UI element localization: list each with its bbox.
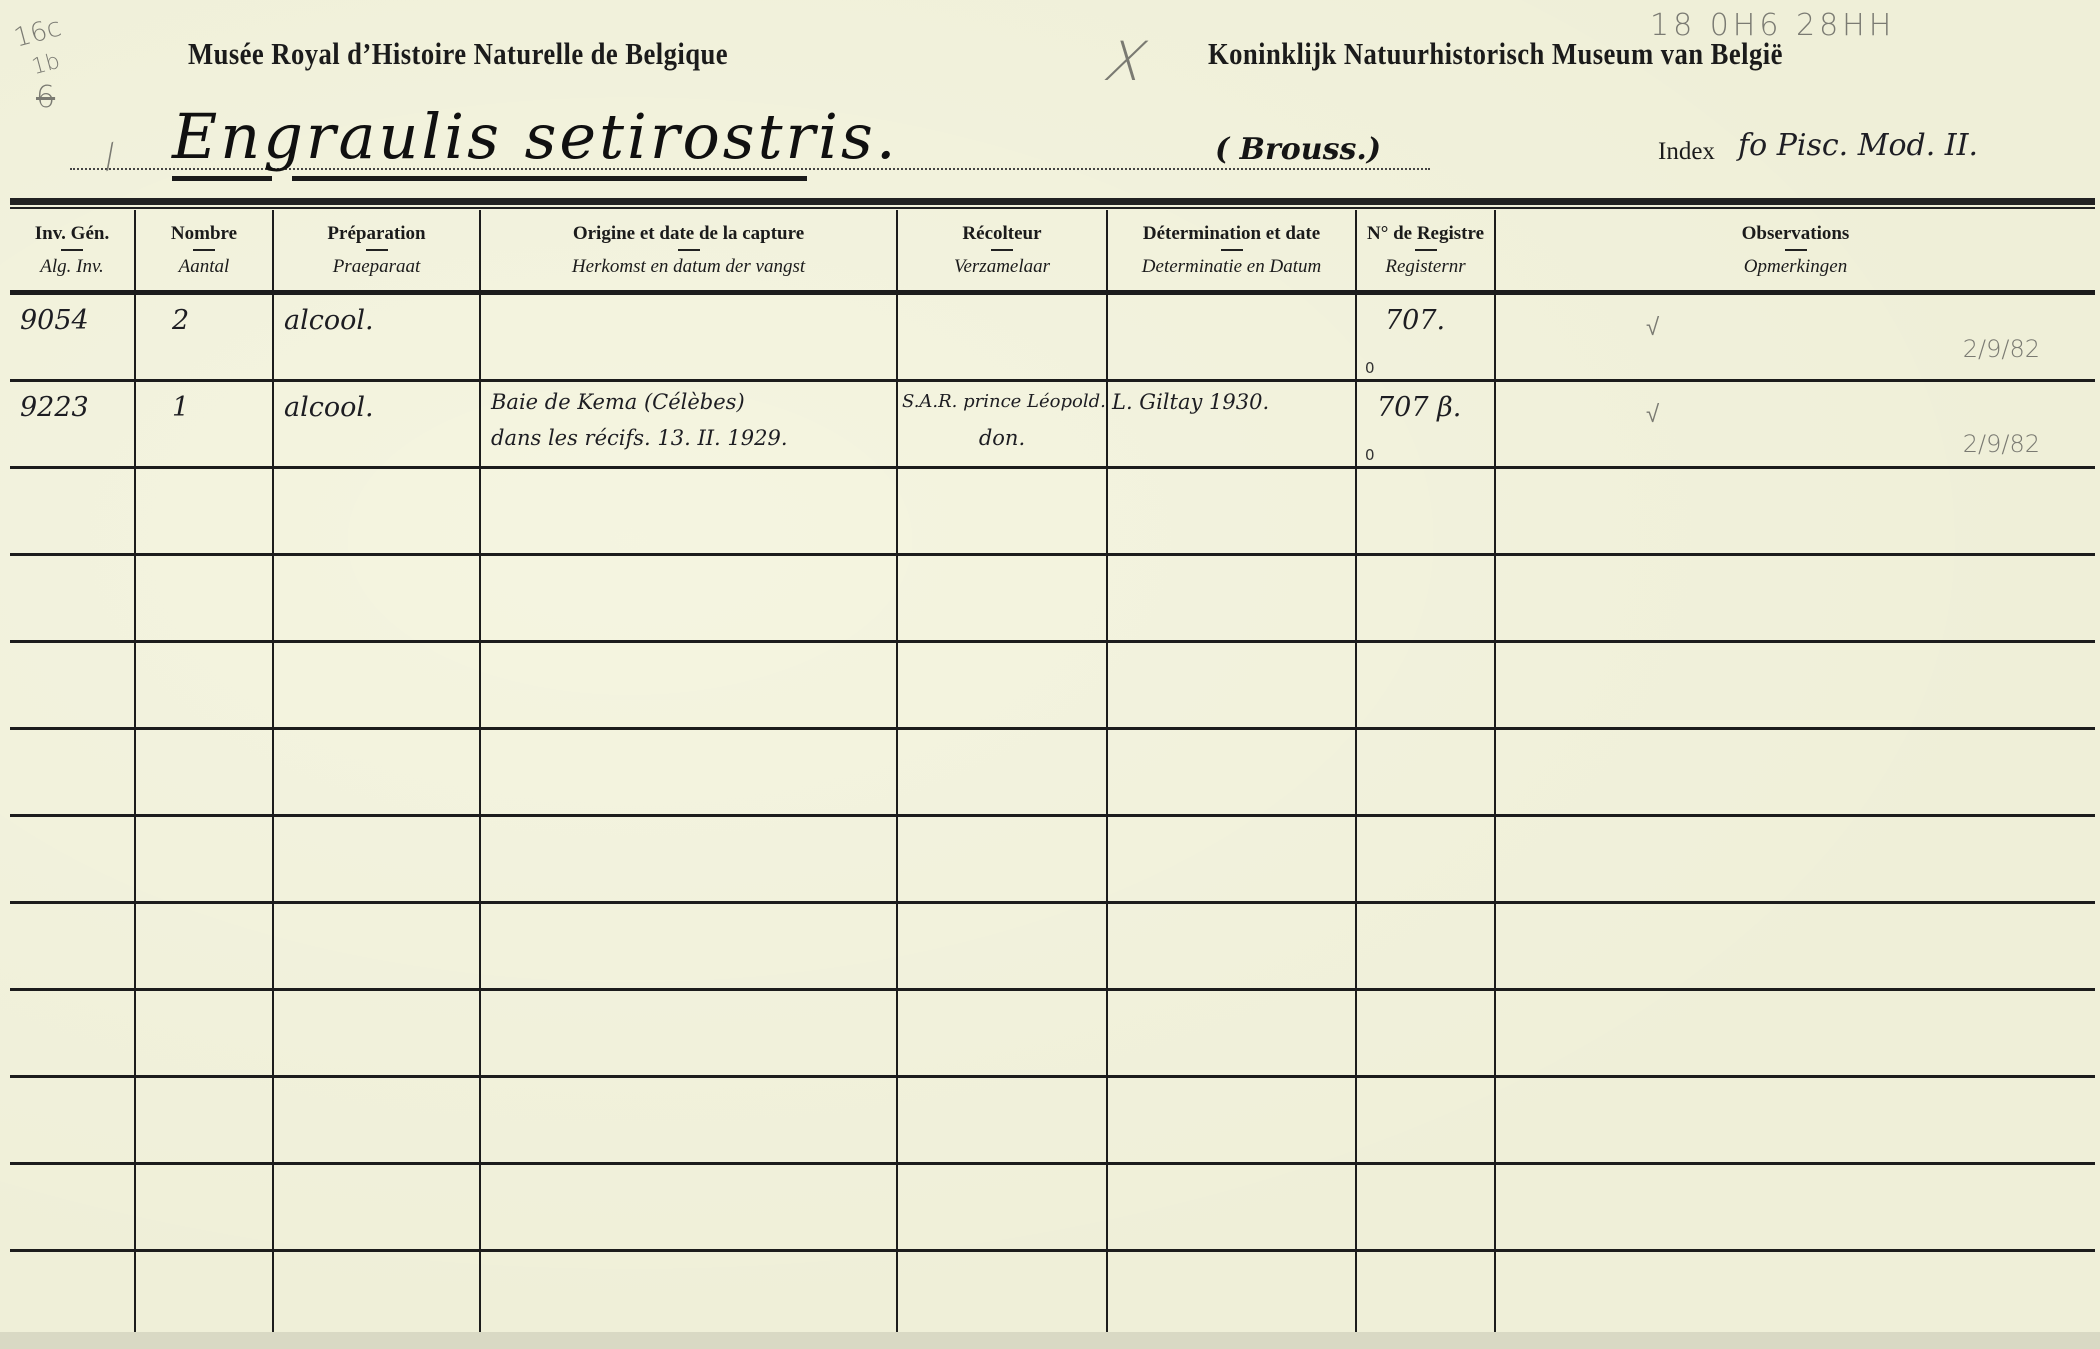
- cell-recolteur: [897, 293, 1107, 381]
- column-header-nombre: NombreAantal: [135, 210, 273, 293]
- registre-mark: 0: [1365, 446, 1375, 464]
- cell-inv: 9054: [10, 293, 135, 381]
- species-name: Engraulis setirostris.: [172, 100, 899, 173]
- species-underline-1: [172, 176, 272, 181]
- cell-registre: 707. 0: [1356, 293, 1495, 381]
- cell-determination: L. Giltay 1930.: [1107, 381, 1356, 468]
- corner-pencil-mark-3: 6: [36, 80, 55, 115]
- cell-nombre: 1: [135, 381, 273, 468]
- column-header-observations: ObservationsOpmerkingen: [1495, 210, 2095, 293]
- institution-title-nl: Koninklijk Natuurhistorisch Museum van B…: [1208, 36, 1783, 72]
- species-tick-mark: ⟋: [93, 137, 129, 178]
- table-top-rule: [10, 198, 2095, 205]
- obs-date: 2/9/82: [1963, 335, 2040, 363]
- table-row-empty: [10, 1251, 2095, 1339]
- column-header-inv: Inv. Gén.Alg. Inv.: [10, 210, 135, 293]
- cell-origine: Baie de Kema (Célèbes) dans les récifs. …: [480, 381, 897, 468]
- institution-title-fr: Musée Royal d’Histoire Naturelle de Belg…: [188, 36, 728, 72]
- corner-pencil-mark-2: 1b: [29, 49, 62, 80]
- cell-recolteur: S.A.R. prince Léopold. don.: [897, 381, 1107, 468]
- column-header-preparation: PréparationPraeparaat: [273, 210, 480, 293]
- table-row-empty: [10, 642, 2095, 729]
- obs-date: 2/9/82: [1963, 430, 2040, 458]
- column-header-origine: Origine et date de la captureHerkomst en…: [480, 210, 897, 293]
- cell-nombre: 2: [135, 293, 273, 381]
- table-row-empty: [10, 729, 2095, 816]
- specimen-ledger-table: Inv. Gén.Alg. Inv. NombreAantal Préparat…: [10, 210, 2095, 1341]
- cell-observations: √ 2/9/82: [1495, 381, 2095, 468]
- species-underline-2: [292, 176, 807, 181]
- table-row: 9223 1 alcool. Baie de Kema (Célèbes) da…: [10, 381, 2095, 468]
- table-header-row: Inv. Gén.Alg. Inv. NombreAantal Préparat…: [10, 210, 2095, 293]
- column-header-registre: N° de RegistreRegisternr: [1356, 210, 1495, 293]
- table-row-empty: [10, 903, 2095, 990]
- cell-observations: √ 2/9/82: [1495, 293, 2095, 381]
- corner-pencil-mark-1: 16c: [11, 12, 65, 53]
- card-bottom-edge: [0, 1332, 2100, 1349]
- species-author: ( Brouss.): [1215, 132, 1381, 167]
- cell-origine: [480, 293, 897, 381]
- obs-check-mark: √: [1646, 400, 1659, 429]
- index-label: Index: [1658, 138, 1715, 166]
- table-row-empty: [10, 816, 2095, 903]
- cell-registre: 707 β. 0: [1356, 381, 1495, 468]
- cell-determination: [1107, 293, 1356, 381]
- pencil-x-mark: X: [1097, 30, 1157, 93]
- table-row-empty: [10, 555, 2095, 642]
- column-header-determination: Détermination et dateDeterminatie en Dat…: [1107, 210, 1356, 293]
- table-row-empty: [10, 468, 2095, 555]
- cell-inv: 9223: [10, 381, 135, 468]
- table-row: 9054 2 alcool. 707. 0 √ 2/9/82: [10, 293, 2095, 381]
- table-row-empty: [10, 1077, 2095, 1164]
- registre-mark: 0: [1365, 359, 1375, 377]
- obs-check-mark: √: [1646, 313, 1659, 342]
- table-row-empty: [10, 990, 2095, 1077]
- cell-preparation: alcool.: [273, 381, 480, 468]
- cell-preparation: alcool.: [273, 293, 480, 381]
- table-top-rule-thin: [10, 207, 2095, 209]
- table-row-empty: [10, 1164, 2095, 1251]
- index-value: fo Pisc. Mod. II.: [1738, 128, 1978, 163]
- column-header-recolteur: RécolteurVerzamelaar: [897, 210, 1107, 293]
